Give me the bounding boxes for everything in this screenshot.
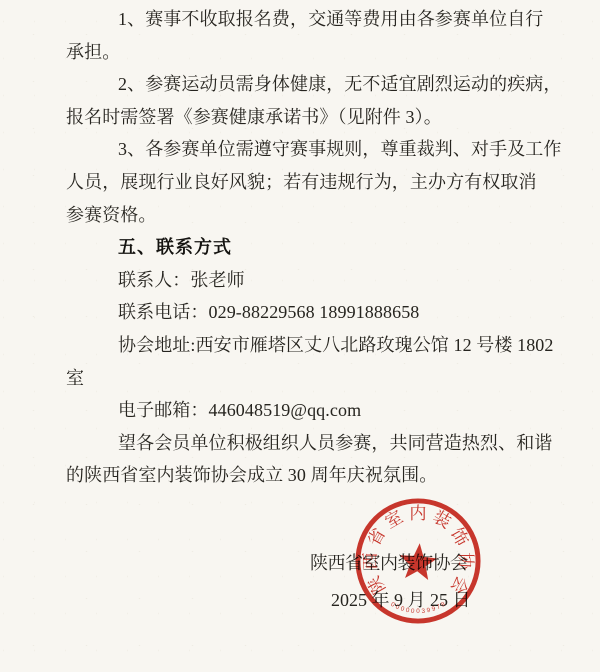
seal-char: 内 [409, 504, 426, 523]
section-heading: 五、联系方式 [66, 231, 548, 264]
text-line: 承担。 [66, 36, 548, 69]
official-seal: 陕西省室内装饰协会 00000039978 [352, 495, 484, 627]
document-lines: 1、赛事不收取报名费，交通等费用由各参赛单位自行承担。2、参赛运动员需身体健康，… [66, 3, 548, 492]
seal-char: 0 [400, 605, 406, 613]
text-line: 电子邮箱：446048519@qq.com [66, 394, 548, 427]
text-line: 3、各参赛单位需遵守赛事规则，尊重裁判、对手及工作 [66, 133, 548, 166]
seal-char: 8 [440, 601, 447, 609]
seal-star-icon [398, 542, 439, 581]
text-line: 人员，展现行业良好风貌；若有违规行为，主办方有权取消 [66, 166, 548, 199]
text-line: 联系电话：029-88229568 18991888658 [66, 296, 548, 329]
seal-serial: 00000039978 [389, 601, 447, 615]
text-line: 望各会员单位积极组织人员参赛，共同营造热烈、和谐 [66, 427, 548, 460]
seal-char: 0 [416, 608, 420, 615]
seal-char: 协 [456, 552, 475, 570]
seal-char: 0 [405, 607, 410, 615]
text-line: 的陕西省室内装饰协会成立 30 周年庆祝氛围。 [66, 459, 548, 492]
text-line: 协会地址:西安市雁塔区丈八北路玫瑰公馆 12 号楼 1802 [66, 329, 548, 362]
text-line: 联系人：张老师 [66, 264, 548, 297]
seal-char: 3 [421, 608, 426, 615]
seal-char: 9 [426, 607, 431, 615]
text-line: 2、参赛运动员需身体健康，无不适宜剧烈运动的疾病， [66, 68, 548, 101]
text-line: 报名时需签署《参赛健康承诺书》（见附件 3）。 [66, 101, 548, 134]
seal-char: 0 [411, 608, 416, 615]
seal-char: 西 [361, 552, 380, 569]
text-line: 参赛资格。 [66, 199, 548, 232]
text-line: 1、赛事不收取报名费，交通等费用由各参赛单位自行 [66, 3, 548, 36]
text-line: 室 [66, 362, 548, 395]
